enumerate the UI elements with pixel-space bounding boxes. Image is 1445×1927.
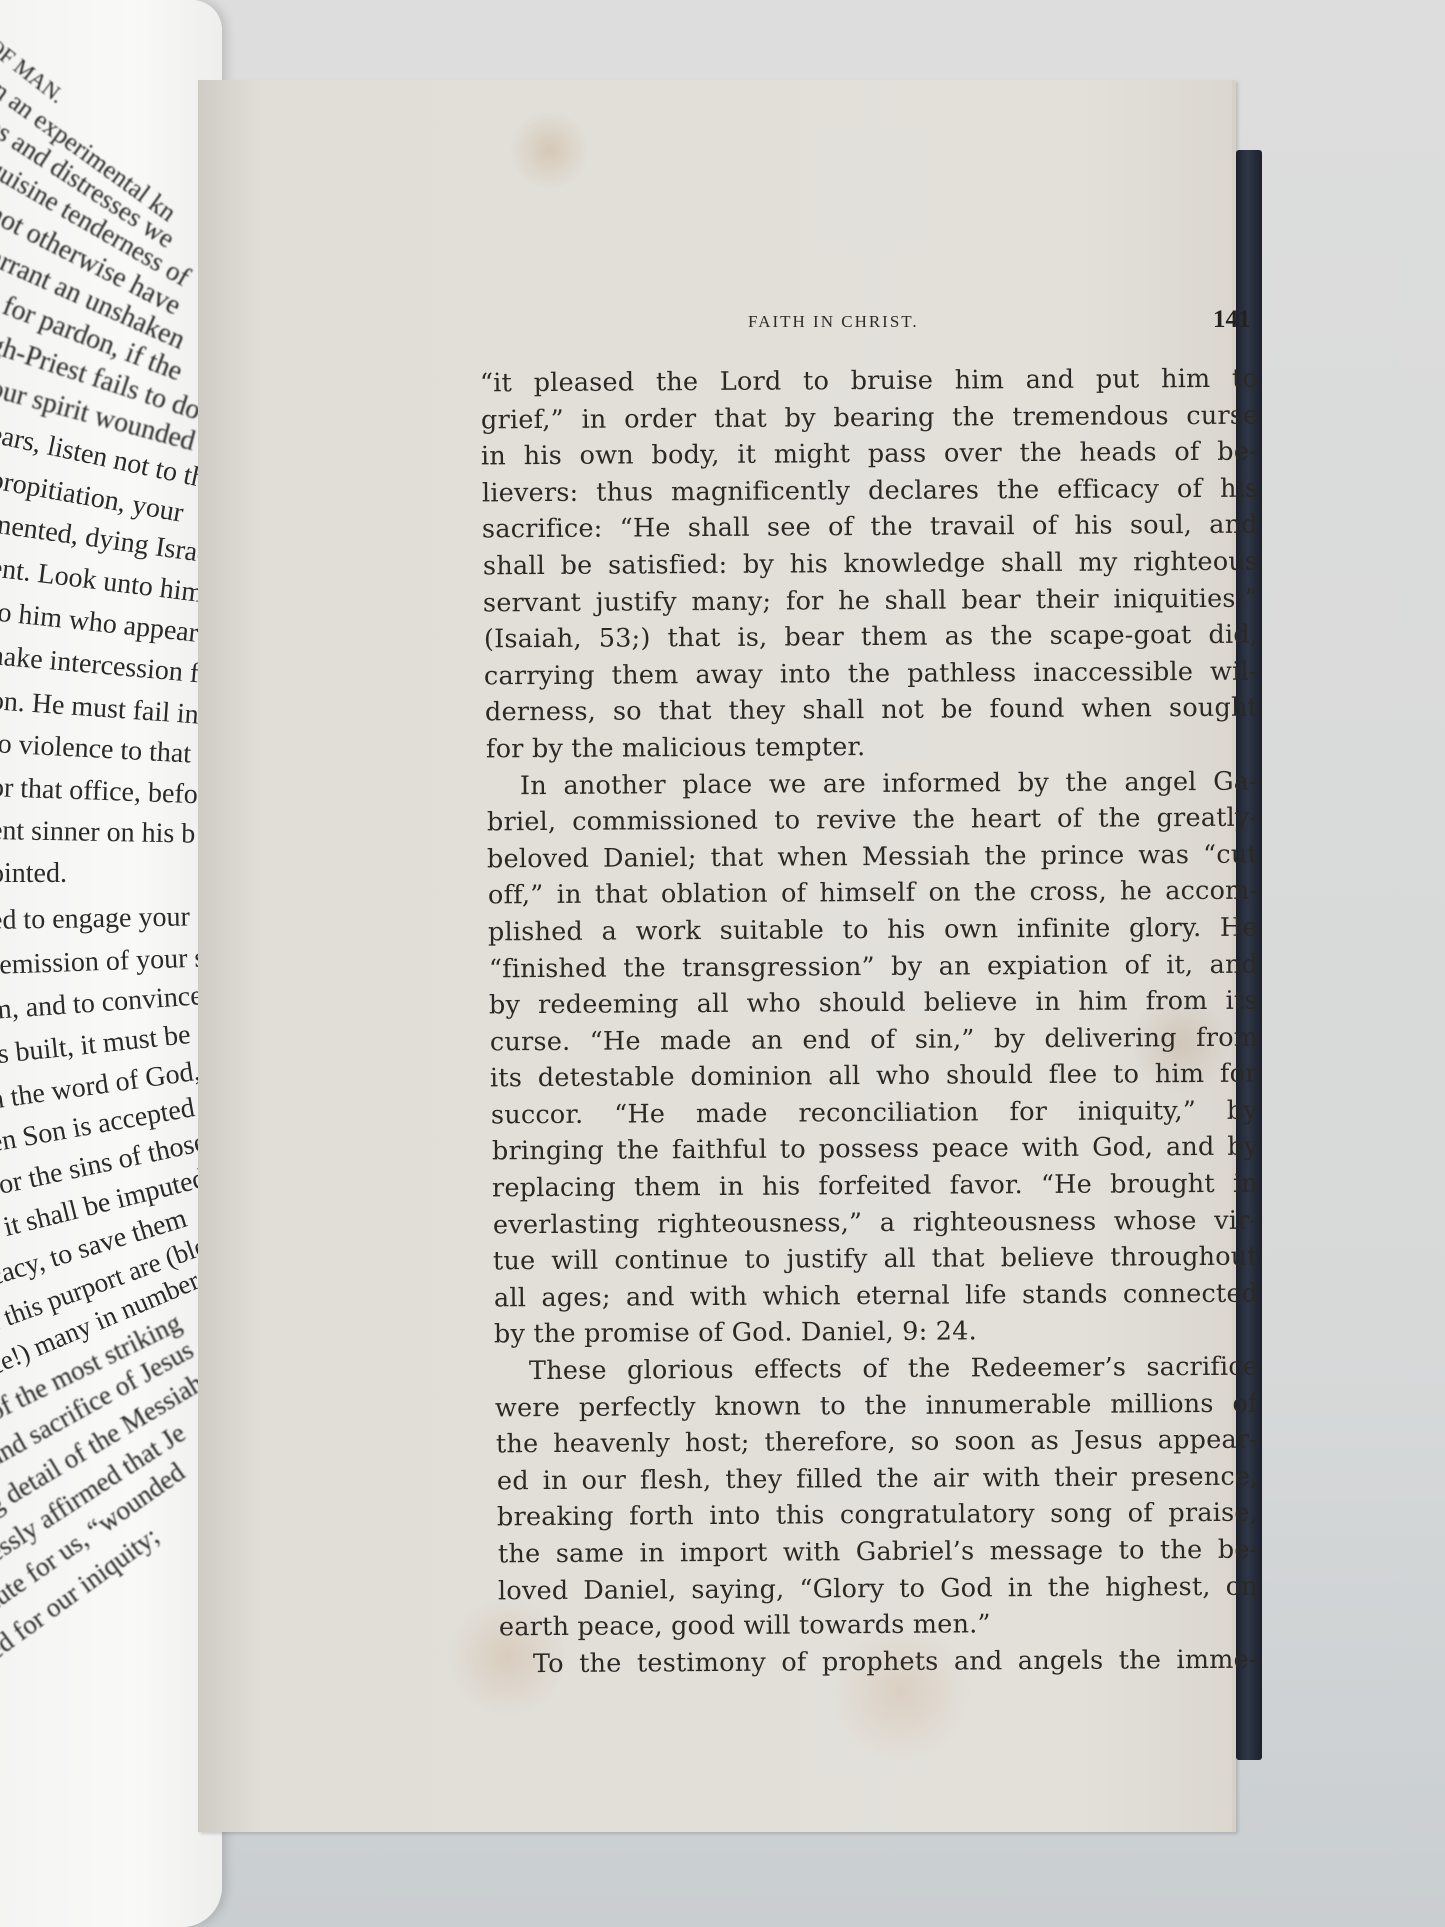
left-page-line: remission of your s — [0, 942, 206, 981]
text-line: beloved Daniel; that when Messiah the pr… — [487, 836, 1258, 877]
text-line: by the promise of God. Daniel, 9: 24. — [494, 1312, 1258, 1353]
text-line: “it pleased the Lord to bruise him and p… — [480, 361, 1258, 402]
text-line: tue will continue to justify all that be… — [493, 1239, 1258, 1280]
text-line: by redeeming all who should believe in h… — [489, 983, 1258, 1024]
text-line: all ages; and with which eternal life st… — [494, 1276, 1258, 1317]
left-page-line: ointed. — [0, 858, 67, 890]
text-line: lievers: thus magnificently declares the… — [482, 470, 1259, 511]
text-line: for by the malicious tempter. — [485, 727, 1258, 768]
right-page: FAITH IN CHRIST. 141 “it pleased the Lor… — [198, 80, 1236, 1832]
text-line: ed in our flesh, they filled the air wit… — [496, 1458, 1258, 1499]
text-line: sacrifice: “He shall see of the travail … — [482, 507, 1258, 548]
body-text: “it pleased the Lord to bruise him and p… — [480, 363, 1258, 1680]
text-line: In another place we are informed by the … — [486, 763, 1258, 804]
page-number: 141 — [1213, 306, 1251, 334]
text-line: plished a work suitable to his own infin… — [488, 910, 1258, 951]
text-line: bringing the faithful to possess peace w… — [491, 1129, 1258, 1170]
text-line: To the testimony of prophets and angels … — [499, 1641, 1258, 1682]
text-line: were perfectly known to the innumerable … — [495, 1385, 1258, 1426]
left-page-line: ed to engage your — [0, 902, 190, 937]
text-line: briel, commissioned to revive the heart … — [486, 800, 1258, 841]
text-line: the same in import with Gabriel’s messag… — [497, 1532, 1258, 1573]
text-line: shall be satisfied: by his knowledge sha… — [483, 544, 1258, 585]
left-page-line: on. He must fail in — [0, 685, 200, 732]
text-line: loved Daniel, saying, “Glory to God in t… — [498, 1568, 1258, 1609]
left-page-line: lo violence to that m — [0, 728, 221, 772]
text-line: off,” in that oblation of himself on the… — [488, 873, 1259, 914]
text-line: its detestable dominion all who should f… — [490, 1056, 1258, 1097]
text-line: earth peace, good will towards men.” — [499, 1605, 1259, 1646]
text-line: servant justify many; for he shall bear … — [483, 580, 1258, 621]
text-line: grief,” in order that by bearing the tre… — [480, 397, 1258, 438]
text-line: the heavenly host; therefore, so soon as… — [496, 1422, 1258, 1463]
text-line: everlasting righteousness,” a righteousn… — [493, 1202, 1259, 1243]
text-line: breaking forth into this congratulatory … — [497, 1495, 1258, 1536]
left-page-line: or that office, before — [0, 772, 220, 812]
left-page: OF MAN.in an experimental knes and distr… — [0, 0, 222, 1927]
text-line: derness, so that they shall not be found… — [485, 690, 1258, 731]
running-title: FAITH IN CHRIST. — [748, 312, 919, 332]
text-line: “finished the transgression” by an expia… — [489, 946, 1258, 987]
running-head: FAITH IN CHRIST. 141 — [198, 306, 1232, 336]
text-line: (Isaiah, 53;) that is, bear them as the … — [484, 617, 1258, 658]
text-line: carrying them away into the pathless ina… — [484, 653, 1258, 694]
text-line: These glorious effects of the Redeemer’s… — [495, 1349, 1258, 1390]
text-line: curse. “He made an end of sin,” by deliv… — [490, 1019, 1258, 1060]
text-line: replacing them in his forfeited favor. “… — [492, 1166, 1258, 1207]
left-page-line: ent sinner on his b — [0, 815, 196, 851]
text-line: succor. “He made reconciliation for iniq… — [491, 1093, 1258, 1134]
text-line: in his own body, it might pass over the … — [481, 434, 1258, 475]
